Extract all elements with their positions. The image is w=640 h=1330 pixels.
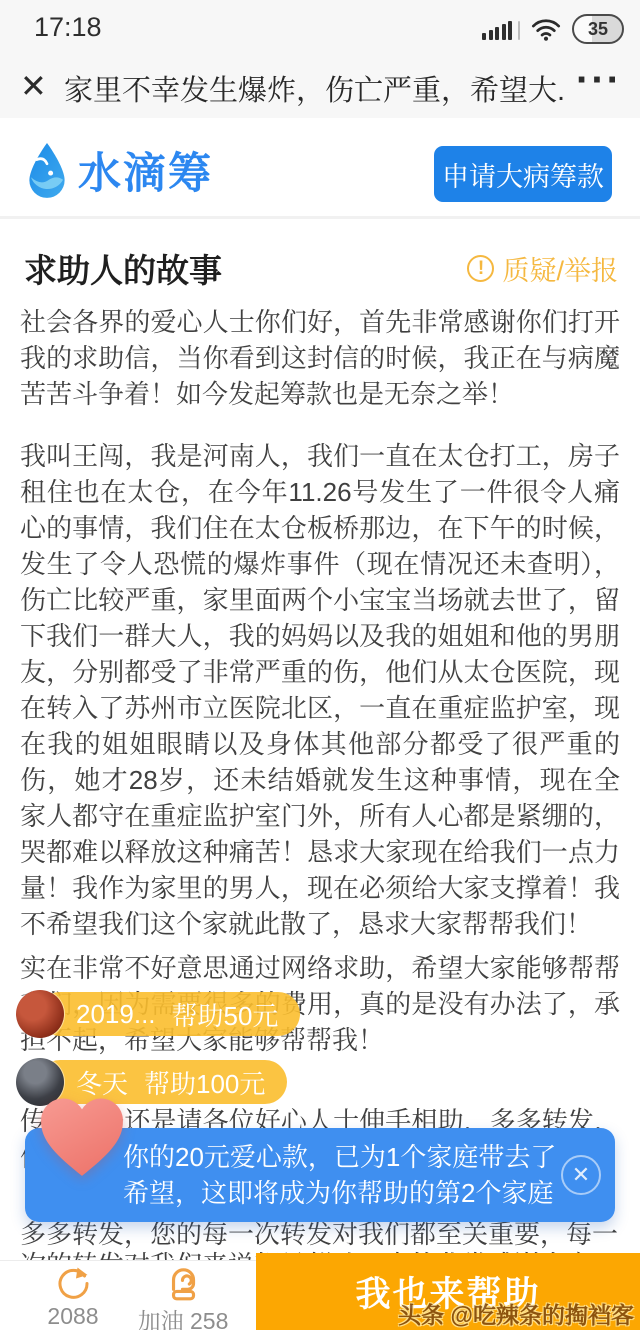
cheer-button[interactable]: 加油 258 — [138, 1265, 228, 1330]
story-paragraph-2: 我叫王闯，我是河南人，我们一直在太仓打工，房子租住也在太仓，在今年11.26号发… — [20, 438, 620, 942]
story-paragraph-1: 社会各界的爱心人士你们好，首先非常感谢你们打开我的求助信，当你看到这封信的时候，… — [20, 304, 620, 412]
more-menu-icon[interactable]: ··· — [576, 58, 622, 103]
section-title: 求助人的故事 — [24, 245, 222, 292]
donation-badge: 2019... 帮助50元 — [16, 990, 300, 1038]
avatar — [16, 990, 64, 1038]
watermark: 头条 @吃辣条的掏裆客 — [398, 1297, 634, 1330]
heart-icon — [36, 1094, 128, 1180]
divider — [0, 216, 640, 219]
status-time: 17:18 — [34, 12, 102, 43]
report-label: 质疑/举报 — [502, 249, 618, 288]
status-icons: 35 — [482, 14, 624, 44]
cheer-label: 加油 258 — [138, 1303, 229, 1330]
warning-icon: ! — [467, 255, 494, 282]
signal-strength-icon — [482, 18, 520, 40]
brand-name: 水滴筹 — [78, 140, 213, 201]
page-title: 家里不幸发生爆炸，伤亡严重，希望大... — [64, 68, 564, 109]
share-count: 2088 — [47, 1303, 98, 1330]
apply-fundraise-button[interactable]: 申请大病筹款 — [434, 146, 612, 202]
status-bar: 17:18 35 — [0, 0, 640, 56]
share-icon — [55, 1265, 91, 1301]
brand-logo[interactable]: 水滴筹 — [26, 140, 213, 201]
close-icon[interactable]: ✕ — [20, 66, 47, 106]
waterdrop-icon — [26, 142, 68, 200]
brand-header: 水滴筹 申请大病筹款 — [0, 118, 640, 216]
boxing-glove-icon — [163, 1265, 203, 1301]
donor-name: 2019... — [76, 999, 156, 1030]
page: 17:18 35 ✕ 家里不幸发生爆炸，伤亡严重，希望大... ··· — [0, 0, 640, 1330]
donation-pill: 2019... 帮助50元 — [38, 992, 300, 1036]
donation-amount: 帮助100元 — [144, 1064, 265, 1101]
report-link[interactable]: ! 质疑/举报 — [467, 249, 618, 288]
nav-bar: ✕ 家里不幸发生爆炸，伤亡严重，希望大... ··· — [0, 56, 640, 118]
bottom-bar: 2088 加油 258 我也来帮助 头条 @吃辣条的掏裆客 — [0, 1260, 640, 1330]
share-button[interactable]: 2088 — [38, 1265, 108, 1330]
wifi-icon — [531, 18, 561, 41]
battery-icon: 35 — [572, 14, 624, 44]
toast-message: 你的20元爱心款，已为1个家庭带去了希望，这即将成为你帮助的第2个家庭 — [123, 1139, 563, 1211]
donation-amount: 帮助50元 — [172, 996, 279, 1033]
battery-percent: 35 — [588, 19, 608, 40]
toast-close-icon[interactable]: ✕ — [561, 1155, 601, 1195]
